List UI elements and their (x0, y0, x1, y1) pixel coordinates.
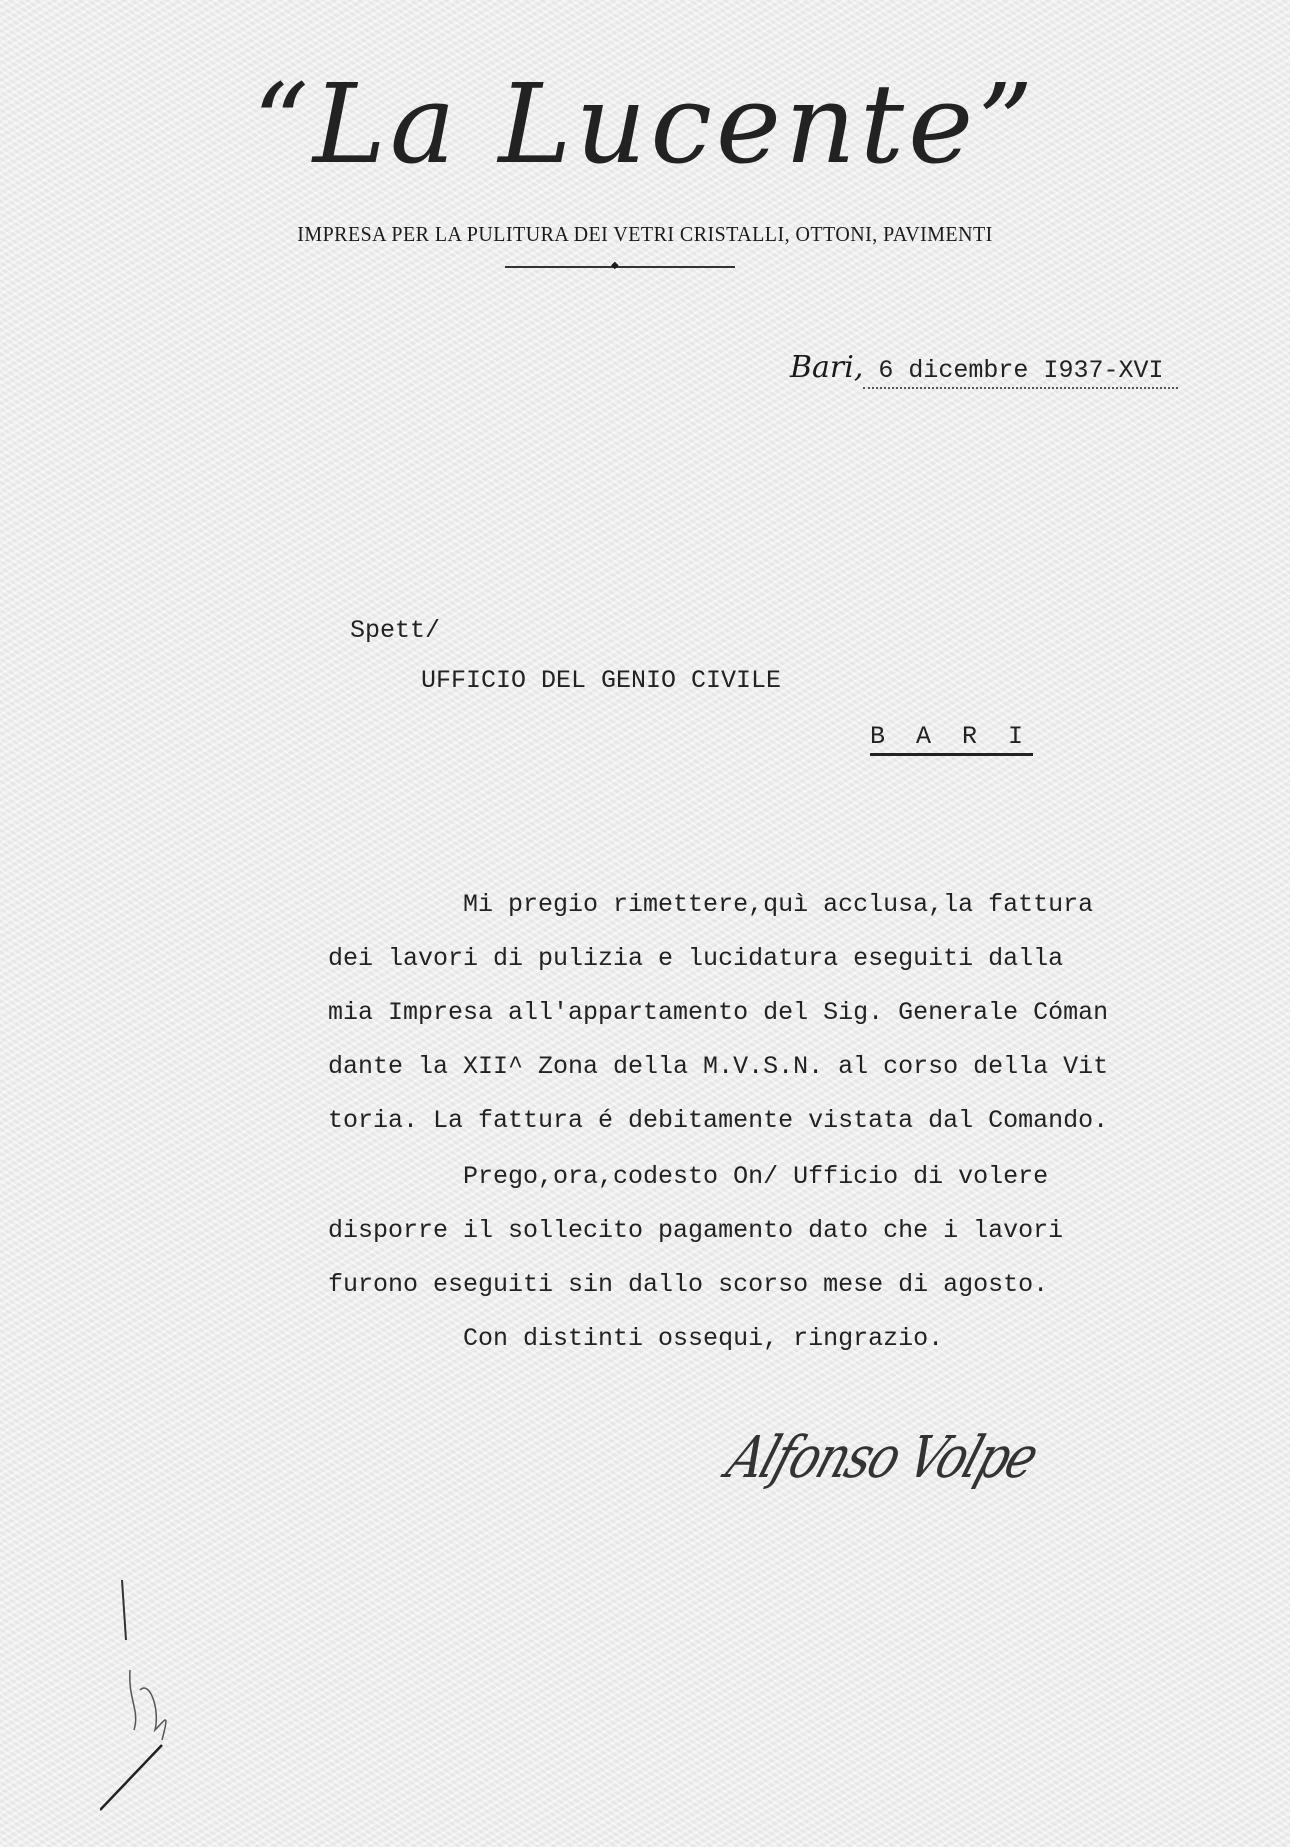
date-text: 6 dicembre I937-XVI (863, 356, 1178, 389)
body-line: furono eseguiti sin dallo scorso mese di… (328, 1270, 1048, 1299)
body-line: mia Impresa all'appartamento del Sig. Ge… (328, 998, 1108, 1027)
body-line: disporre il sollecito pagamento dato che… (328, 1216, 1063, 1245)
body-line: dei lavori di pulizia e lucidatura esegu… (328, 944, 1063, 973)
date-place: Bari, (790, 350, 863, 385)
body-line: toria. La fattura é debitamente vistata … (328, 1106, 1108, 1135)
salutation: Spett/ (350, 616, 440, 645)
margin-initials-icon (100, 1580, 220, 1820)
letterhead-brand: “La Lucente” (0, 60, 1290, 188)
letterhead-tagline: IMPRESA PER LA PULITURA DEI VETRI CRISTA… (32, 222, 1258, 247)
body-line: dante la XII^ Zona della M.V.S.N. al cor… (328, 1052, 1108, 1081)
signature: Alfonso Volpe (719, 1424, 1045, 1491)
recipient-office: UFFICIO DEL GENIO CIVILE (421, 666, 781, 695)
ornament-divider (505, 266, 735, 268)
body-line: Con distinti ossequi, ringrazio. (328, 1324, 943, 1353)
recipient-city: B A R I (870, 722, 1033, 756)
body-line: Prego,ora,codesto On/ Ufficio di volere (328, 1162, 1048, 1191)
body-line: Mi pregio rimettere,quì acclusa,la fattu… (328, 890, 1093, 919)
dateline: Bari, 6 dicembre I937-XVI (790, 350, 1178, 389)
